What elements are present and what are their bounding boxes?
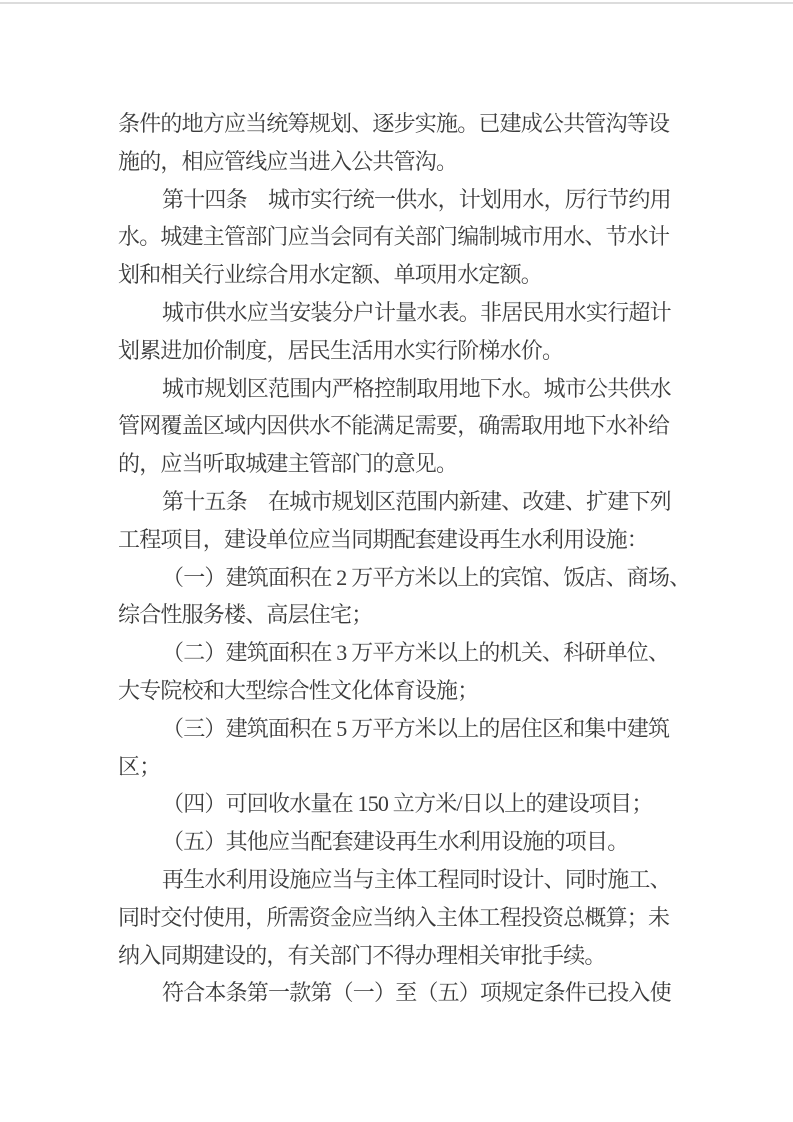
text-line: 城市供水应当安装分户计量水表。非居民用水实行超计 <box>118 294 678 332</box>
text-line: 管网覆盖区域内因供水不能满足需要，确需取用地下水补给 <box>118 407 678 445</box>
text-line: 工程项目，建设单位应当同期配套建设再生水利用设施： <box>118 521 678 559</box>
text-line-item-5: （五）其他应当配套建设再生水利用设施的项目。 <box>118 823 678 861</box>
text-line: 纳入同期建设的，有关部门不得办理相关审批手续。 <box>118 937 678 975</box>
text-line: 符合本条第一款第（一）至（五）项规定条件已投入使 <box>118 974 678 1012</box>
text-line-item-1: （一）建筑面积在 2 万平方米以上的宾馆、饭店、商场、 <box>118 559 678 597</box>
text-line: 再生水利用设施应当与主体工程同时设计、同时施工、 <box>118 861 678 899</box>
text-line-item-2: （二）建筑面积在 3 万平方米以上的机关、科研单位、 <box>118 634 678 672</box>
page-top-edge-line <box>0 2 793 4</box>
text-line-article-14: 第十四条 城市实行统一供水，计划用水，厉行节约用 <box>118 181 678 219</box>
text-line-article-15: 第十五条 在城市规划区范围内新建、改建、扩建下列 <box>118 483 678 521</box>
text-line: 城市规划区范围内严格控制取用地下水。城市公共供水 <box>118 370 678 408</box>
text-line: 划和相关行业综合用水定额、单项用水定额。 <box>118 256 678 294</box>
text-line: 水。城建主管部门应当会同有关部门编制城市用水、节水计 <box>118 218 678 256</box>
text-line: 施的，相应管线应当进入公共管沟。 <box>118 143 678 181</box>
text-line-item-3: （三）建筑面积在 5 万平方米以上的居住区和集中建筑 <box>118 710 678 748</box>
text-line: 的，应当听取城建主管部门的意见。 <box>118 445 678 483</box>
document-body: 条件的地方应当统筹规划、逐步实施。已建成公共管沟等设 施的，相应管线应当进入公共… <box>118 105 678 1012</box>
text-line: 综合性服务楼、高层住宅； <box>118 596 678 634</box>
text-line-item-4: （四）可回收水量在 150 立方米/日以上的建设项目； <box>118 785 678 823</box>
page: { "page": { "background_color": "#ffffff… <box>0 0 793 1122</box>
text-line: 大专院校和大型综合性文化体育设施； <box>118 672 678 710</box>
text-line: 同时交付使用，所需资金应当纳入主体工程投资总概算；未 <box>118 899 678 937</box>
text-line: 条件的地方应当统筹规划、逐步实施。已建成公共管沟等设 <box>118 105 678 143</box>
text-line: 区； <box>118 748 678 786</box>
text-line: 划累进加价制度，居民生活用水实行阶梯水价。 <box>118 332 678 370</box>
